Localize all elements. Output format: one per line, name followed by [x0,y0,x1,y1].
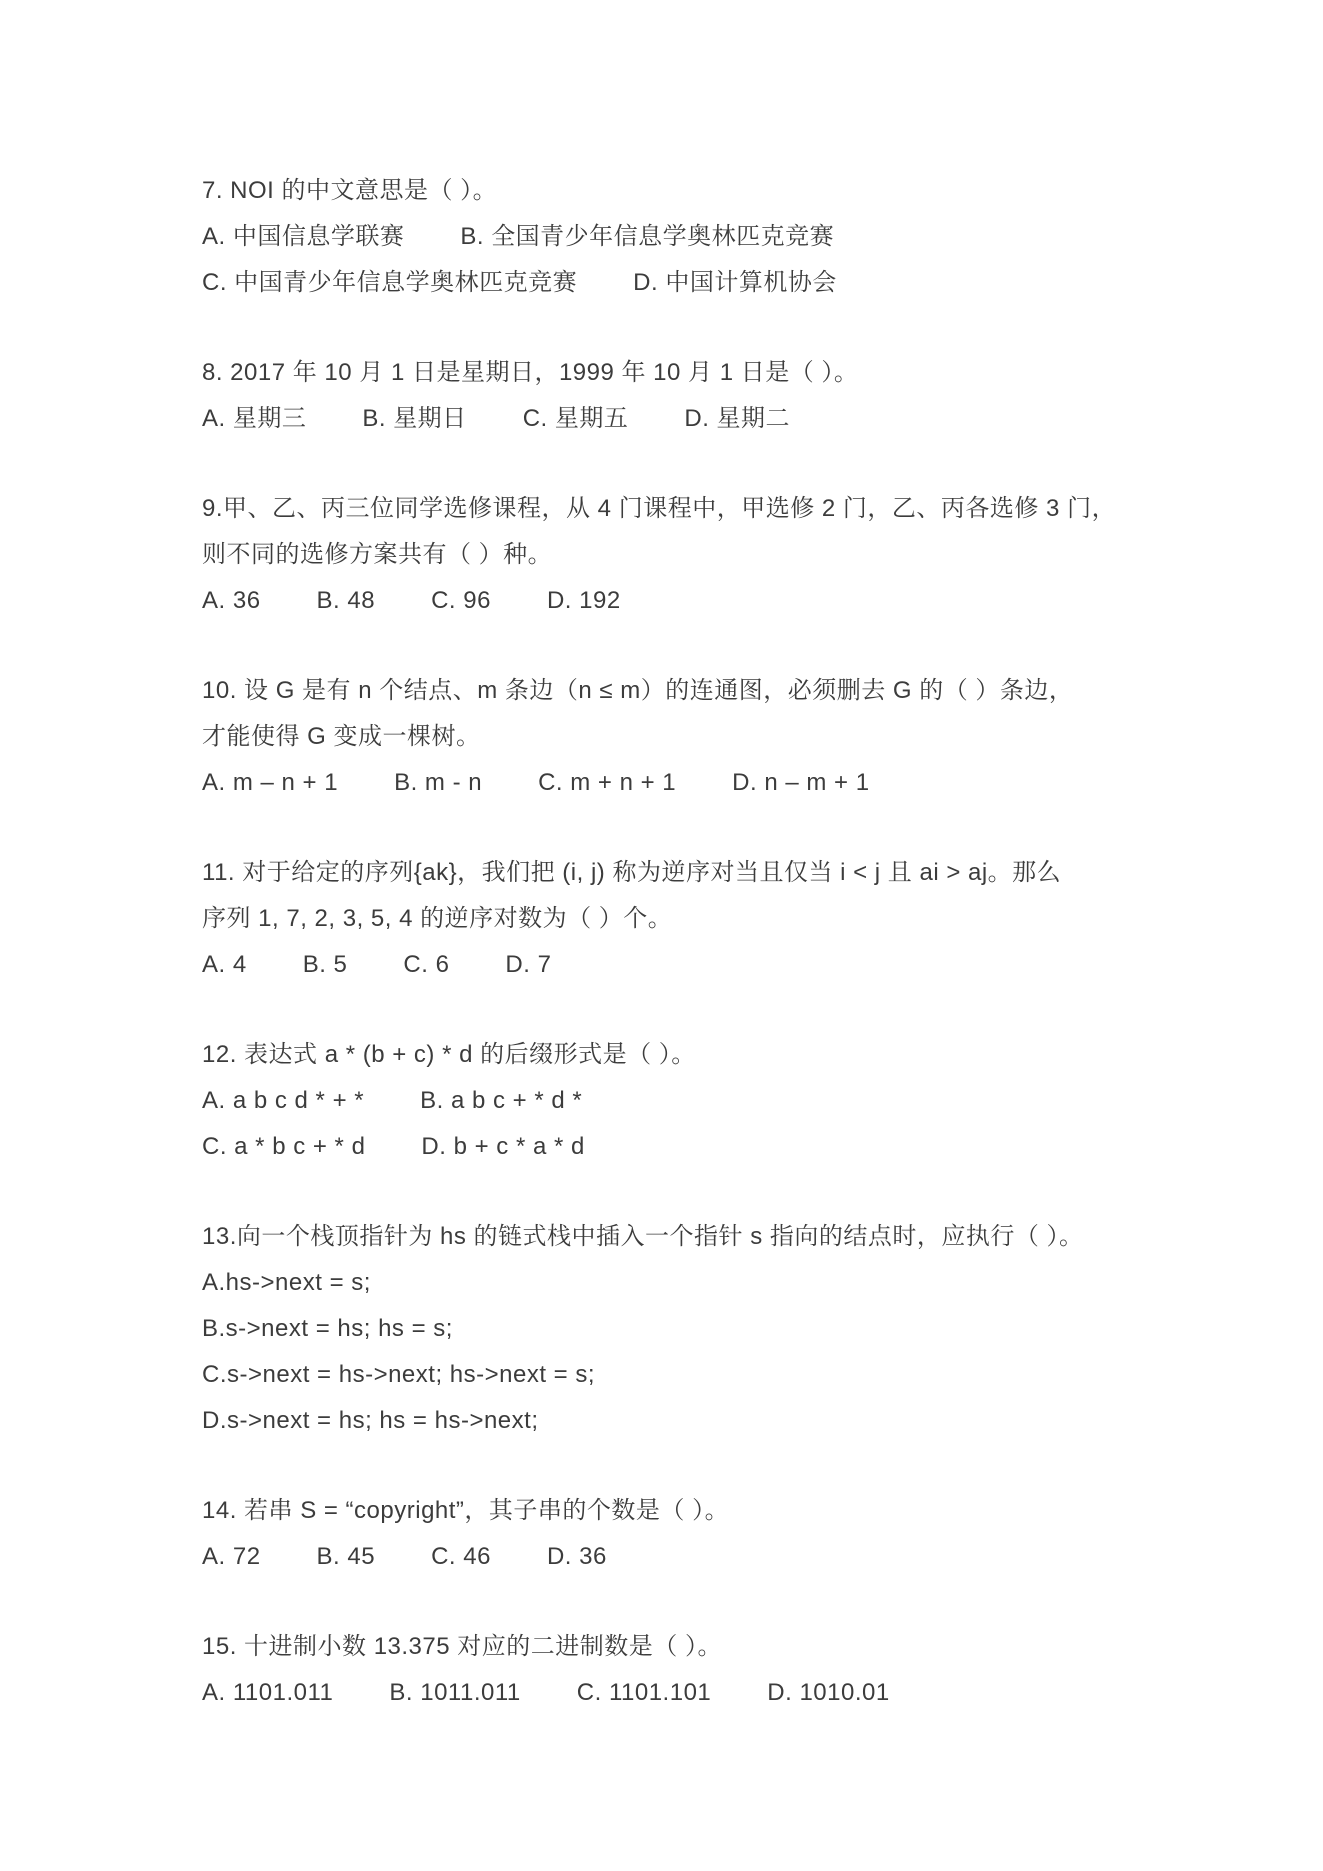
question-11-option-b: B. 5 [303,942,348,988]
question-11: 11. 对于给定的序列{ak}，我们把 (i, j) 称为逆序对当且仅当 i <… [202,850,1263,988]
question-9-option-c: C. 96 [431,578,491,624]
question-7-option-d: D. 中国计算机协会 [633,260,837,306]
question-15-stem: 15. 十进制小数 13.375 对应的二进制数是（ ）。 [202,1624,1263,1670]
question-7-stem: 7. NOI 的中文意思是（ ）。 [202,168,1263,214]
question-14-option-b: B. 45 [317,1534,376,1580]
question-14-option-c: C. 46 [431,1534,491,1580]
question-12: 12. 表达式 a * (b + c) * d 的后缀形式是（ ）。 A. a … [202,1032,1263,1170]
question-7-option-b: B. 全国青少年信息学奥林匹克竞赛 [460,214,834,260]
question-10-option-c: C. m + n + 1 [538,760,676,806]
exam-questions-content: 7. NOI 的中文意思是（ ）。 A. 中国信息学联赛 B. 全国青少年信息学… [202,168,1263,1760]
question-12-options-row-1: A. a b c d * + * B. a b c + * d * [202,1078,1263,1124]
question-14-option-a: A. 72 [202,1534,261,1580]
question-9-stem-line-2: 则不同的选修方案共有（ ）种。 [202,532,1263,578]
question-12-stem: 12. 表达式 a * (b + c) * d 的后缀形式是（ ）。 [202,1032,1263,1078]
question-15-option-d: D. 1010.01 [767,1670,889,1716]
question-11-options-row: A. 4 B. 5 C. 6 D. 7 [202,942,1263,988]
question-8-option-d: D. 星期二 [684,396,790,442]
question-11-option-d: D. 7 [505,942,551,988]
question-10-options-row: A. m – n + 1 B. m - n C. m + n + 1 D. n … [202,760,1263,806]
question-13-option-b: B.s->next = hs; hs = s; [202,1306,453,1352]
question-10: 10. 设 G 是有 n 个结点、m 条边（n ≤ m）的连通图，必须删去 G … [202,668,1263,806]
question-8-option-c: C. 星期五 [523,396,629,442]
question-13-options-row-3: C.s->next = hs->next; hs->next = s; [202,1352,1263,1398]
question-9-stem-line-1: 9.甲、乙、丙三位同学选修课程，从 4 门课程中，甲选修 2 门，乙、丙各选修 … [202,486,1263,532]
question-12-option-b: B. a b c + * d * [420,1078,582,1124]
question-11-stem-line-2: 序列 1, 7, 2, 3, 5, 4 的逆序对数为（ ）个。 [202,896,1263,942]
question-8: 8. 2017 年 10 月 1 日是星期日，1999 年 10 月 1 日是（… [202,350,1263,442]
question-15-option-c: C. 1101.101 [577,1670,712,1716]
question-14-options-row: A. 72 B. 45 C. 46 D. 36 [202,1534,1263,1580]
question-7: 7. NOI 的中文意思是（ ）。 A. 中国信息学联赛 B. 全国青少年信息学… [202,168,1263,306]
question-15-options-row: A. 1101.011 B. 1011.011 C. 1101.101 D. 1… [202,1670,1263,1716]
question-9-options-row: A. 36 B. 48 C. 96 D. 192 [202,578,1263,624]
question-12-option-d: D. b + c * a * d [421,1124,584,1170]
question-11-option-a: A. 4 [202,942,247,988]
question-13: 13.向一个栈顶指针为 hs 的链式栈中插入一个指针 s 指向的结点时，应执行（… [202,1214,1263,1444]
question-9-option-d: D. 192 [547,578,621,624]
question-8-options-row: A. 星期三 B. 星期日 C. 星期五 D. 星期二 [202,396,1263,442]
question-7-option-a: A. 中国信息学联赛 [202,214,404,260]
question-9-option-b: B. 48 [317,578,376,624]
question-13-options-row-4: D.s->next = hs; hs = hs->next; [202,1398,1263,1444]
question-15: 15. 十进制小数 13.375 对应的二进制数是（ ）。 A. 1101.01… [202,1624,1263,1716]
question-7-option-c: C. 中国青少年信息学奥林匹克竞赛 [202,260,577,306]
question-8-option-b: B. 星期日 [362,396,466,442]
question-13-option-c: C.s->next = hs->next; hs->next = s; [202,1352,595,1398]
question-10-stem-line-2: 才能使得 G 变成一棵树。 [202,714,1263,760]
question-13-stem: 13.向一个栈顶指针为 hs 的链式栈中插入一个指针 s 指向的结点时，应执行（… [202,1214,1263,1260]
question-7-options-row-1: A. 中国信息学联赛 B. 全国青少年信息学奥林匹克竞赛 [202,214,1263,260]
question-10-option-b: B. m - n [394,760,482,806]
question-12-option-a: A. a b c d * + * [202,1078,364,1124]
question-14-option-d: D. 36 [547,1534,607,1580]
question-10-stem-line-1: 10. 设 G 是有 n 个结点、m 条边（n ≤ m）的连通图，必须删去 G … [202,668,1263,714]
question-9: 9.甲、乙、丙三位同学选修课程，从 4 门课程中，甲选修 2 门，乙、丙各选修 … [202,486,1263,624]
question-14: 14. 若串 S = “copyright”，其子串的个数是（ ）。 A. 72… [202,1488,1263,1580]
question-11-option-c: C. 6 [403,942,449,988]
question-15-option-a: A. 1101.011 [202,1670,333,1716]
question-14-stem: 14. 若串 S = “copyright”，其子串的个数是（ ）。 [202,1488,1263,1534]
question-13-option-d: D.s->next = hs; hs = hs->next; [202,1398,539,1444]
document-page: 7. NOI 的中文意思是（ ）。 A. 中国信息学联赛 B. 全国青少年信息学… [0,0,1323,1871]
question-8-option-a: A. 星期三 [202,396,306,442]
question-15-option-b: B. 1011.011 [389,1670,520,1716]
question-10-option-a: A. m – n + 1 [202,760,338,806]
question-11-stem-line-1: 11. 对于给定的序列{ak}，我们把 (i, j) 称为逆序对当且仅当 i <… [202,850,1263,896]
question-13-options-row-1: A.hs->next = s; [202,1260,1263,1306]
question-12-options-row-2: C. a * b c + * d D. b + c * a * d [202,1124,1263,1170]
question-10-option-d: D. n – m + 1 [732,760,869,806]
question-12-option-c: C. a * b c + * d [202,1124,365,1170]
question-13-option-a: A.hs->next = s; [202,1260,371,1306]
question-13-options-row-2: B.s->next = hs; hs = s; [202,1306,1263,1352]
question-8-stem: 8. 2017 年 10 月 1 日是星期日，1999 年 10 月 1 日是（… [202,350,1263,396]
question-9-option-a: A. 36 [202,578,261,624]
question-7-options-row-2: C. 中国青少年信息学奥林匹克竞赛 D. 中国计算机协会 [202,260,1263,306]
